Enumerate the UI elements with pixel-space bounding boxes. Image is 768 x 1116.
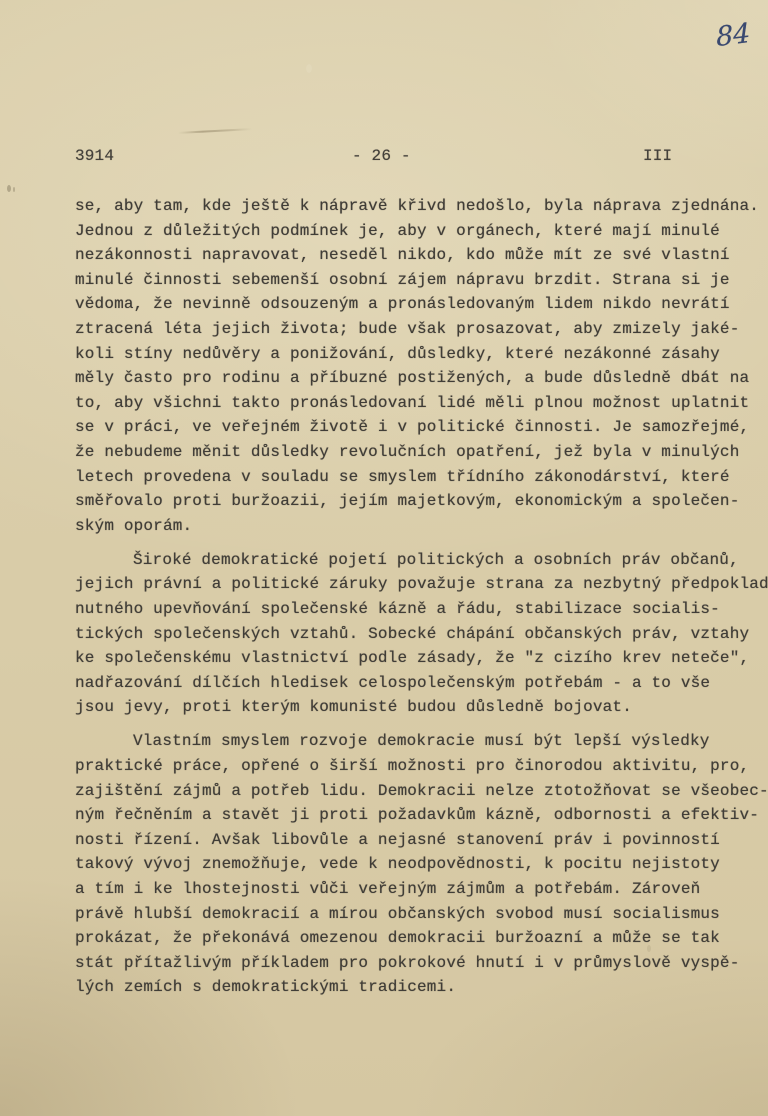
text-line: nadřazování dílčích hledisek celospoleče…	[75, 671, 768, 696]
paragraph: Široké demokratické pojetí politických a…	[75, 548, 768, 720]
section-number: III	[643, 146, 672, 166]
text-line: nosti řízení. Avšak libovůle a nejasné s…	[75, 828, 768, 853]
text-line: ským oporám.	[75, 514, 768, 539]
text-line: prokázat, že překonává omezenou demokrac…	[75, 926, 768, 951]
text-line: se, aby tam, kde ještě k nápravě křivd n…	[75, 194, 768, 219]
text-line: jejich právní a politické záruky považuj…	[75, 572, 768, 597]
text-block: se, aby tam, kde ještě k nápravě křivd n…	[75, 194, 768, 1000]
text-line: ke společenskému vlastnictví podle zásad…	[75, 646, 768, 671]
text-line: lých zemích s demokratickými tradicemi.	[75, 975, 768, 1000]
document-page: 84 3914 - 26 - III se, aby tam, kde ješt…	[0, 0, 768, 1116]
text-line: nutného upevňování společenské kázně a ř…	[75, 597, 768, 622]
text-line: nezákonnosti napravovat, neseděl nikdo, …	[75, 243, 768, 268]
text-line: Široké demokratické pojetí politických a…	[75, 548, 768, 573]
text-line: jsou jevy, proti kterým komunisté budou …	[75, 695, 768, 720]
text-line: Vlastním smyslem rozvoje demokracie musí…	[75, 729, 768, 754]
text-line: ným řečněním a stavět ji proti požadavků…	[75, 803, 768, 828]
scratch-mark	[178, 128, 252, 134]
text-line: a tím i ke lhostejnosti vůči veřejným zá…	[75, 877, 768, 902]
paragraph: se, aby tam, kde ještě k nápravě křivd n…	[75, 194, 768, 538]
text-line: směřovalo proti buržoazii, jejím majetko…	[75, 489, 768, 514]
text-line: stát přítažlivým příkladem pro pokrokové…	[75, 951, 768, 976]
text-line: ztracená léta jejich života; bude však p…	[75, 317, 768, 342]
paper-speck	[7, 185, 11, 192]
text-line: to, aby všichni takto pronásledovaní lid…	[75, 391, 768, 416]
text-line: že nebudeme měnit důsledky revolučních o…	[75, 440, 768, 465]
text-line: praktické práce, opřené o širší možnosti…	[75, 754, 768, 779]
text-line: minulé činnosti sebemenší osobní zájem n…	[75, 268, 768, 293]
text-line: koli stíny nedůvěry a ponižování, důsled…	[75, 342, 768, 367]
text-line: takový vývoj znemožňuje, vede k neodpově…	[75, 852, 768, 877]
text-line: měly často pro rodinu a příbuzné postiže…	[75, 366, 768, 391]
page-number: - 26 -	[352, 146, 411, 166]
text-line: právě hlubší demokracií a mírou občanský…	[75, 902, 768, 927]
text-line: zajištění zájmů a potřeb lidu. Demokraci…	[75, 779, 768, 804]
document-number: 3914	[75, 146, 114, 166]
text-line: Jednou z důležitých podmínek je, aby v o…	[75, 219, 768, 244]
text-line: se v práci, ve veřejném životě i v polit…	[75, 415, 768, 440]
text-line: letech provedena v souladu se smyslem tř…	[75, 465, 768, 490]
text-line: vědoma, že nevinně odsouzeným a pronásle…	[75, 292, 768, 317]
text-line: tických společenských vztahů. Sobecké ch…	[75, 622, 768, 647]
paragraph: Vlastním smyslem rozvoje demokracie musí…	[75, 729, 768, 1000]
handwritten-page-number: 84	[715, 18, 751, 53]
